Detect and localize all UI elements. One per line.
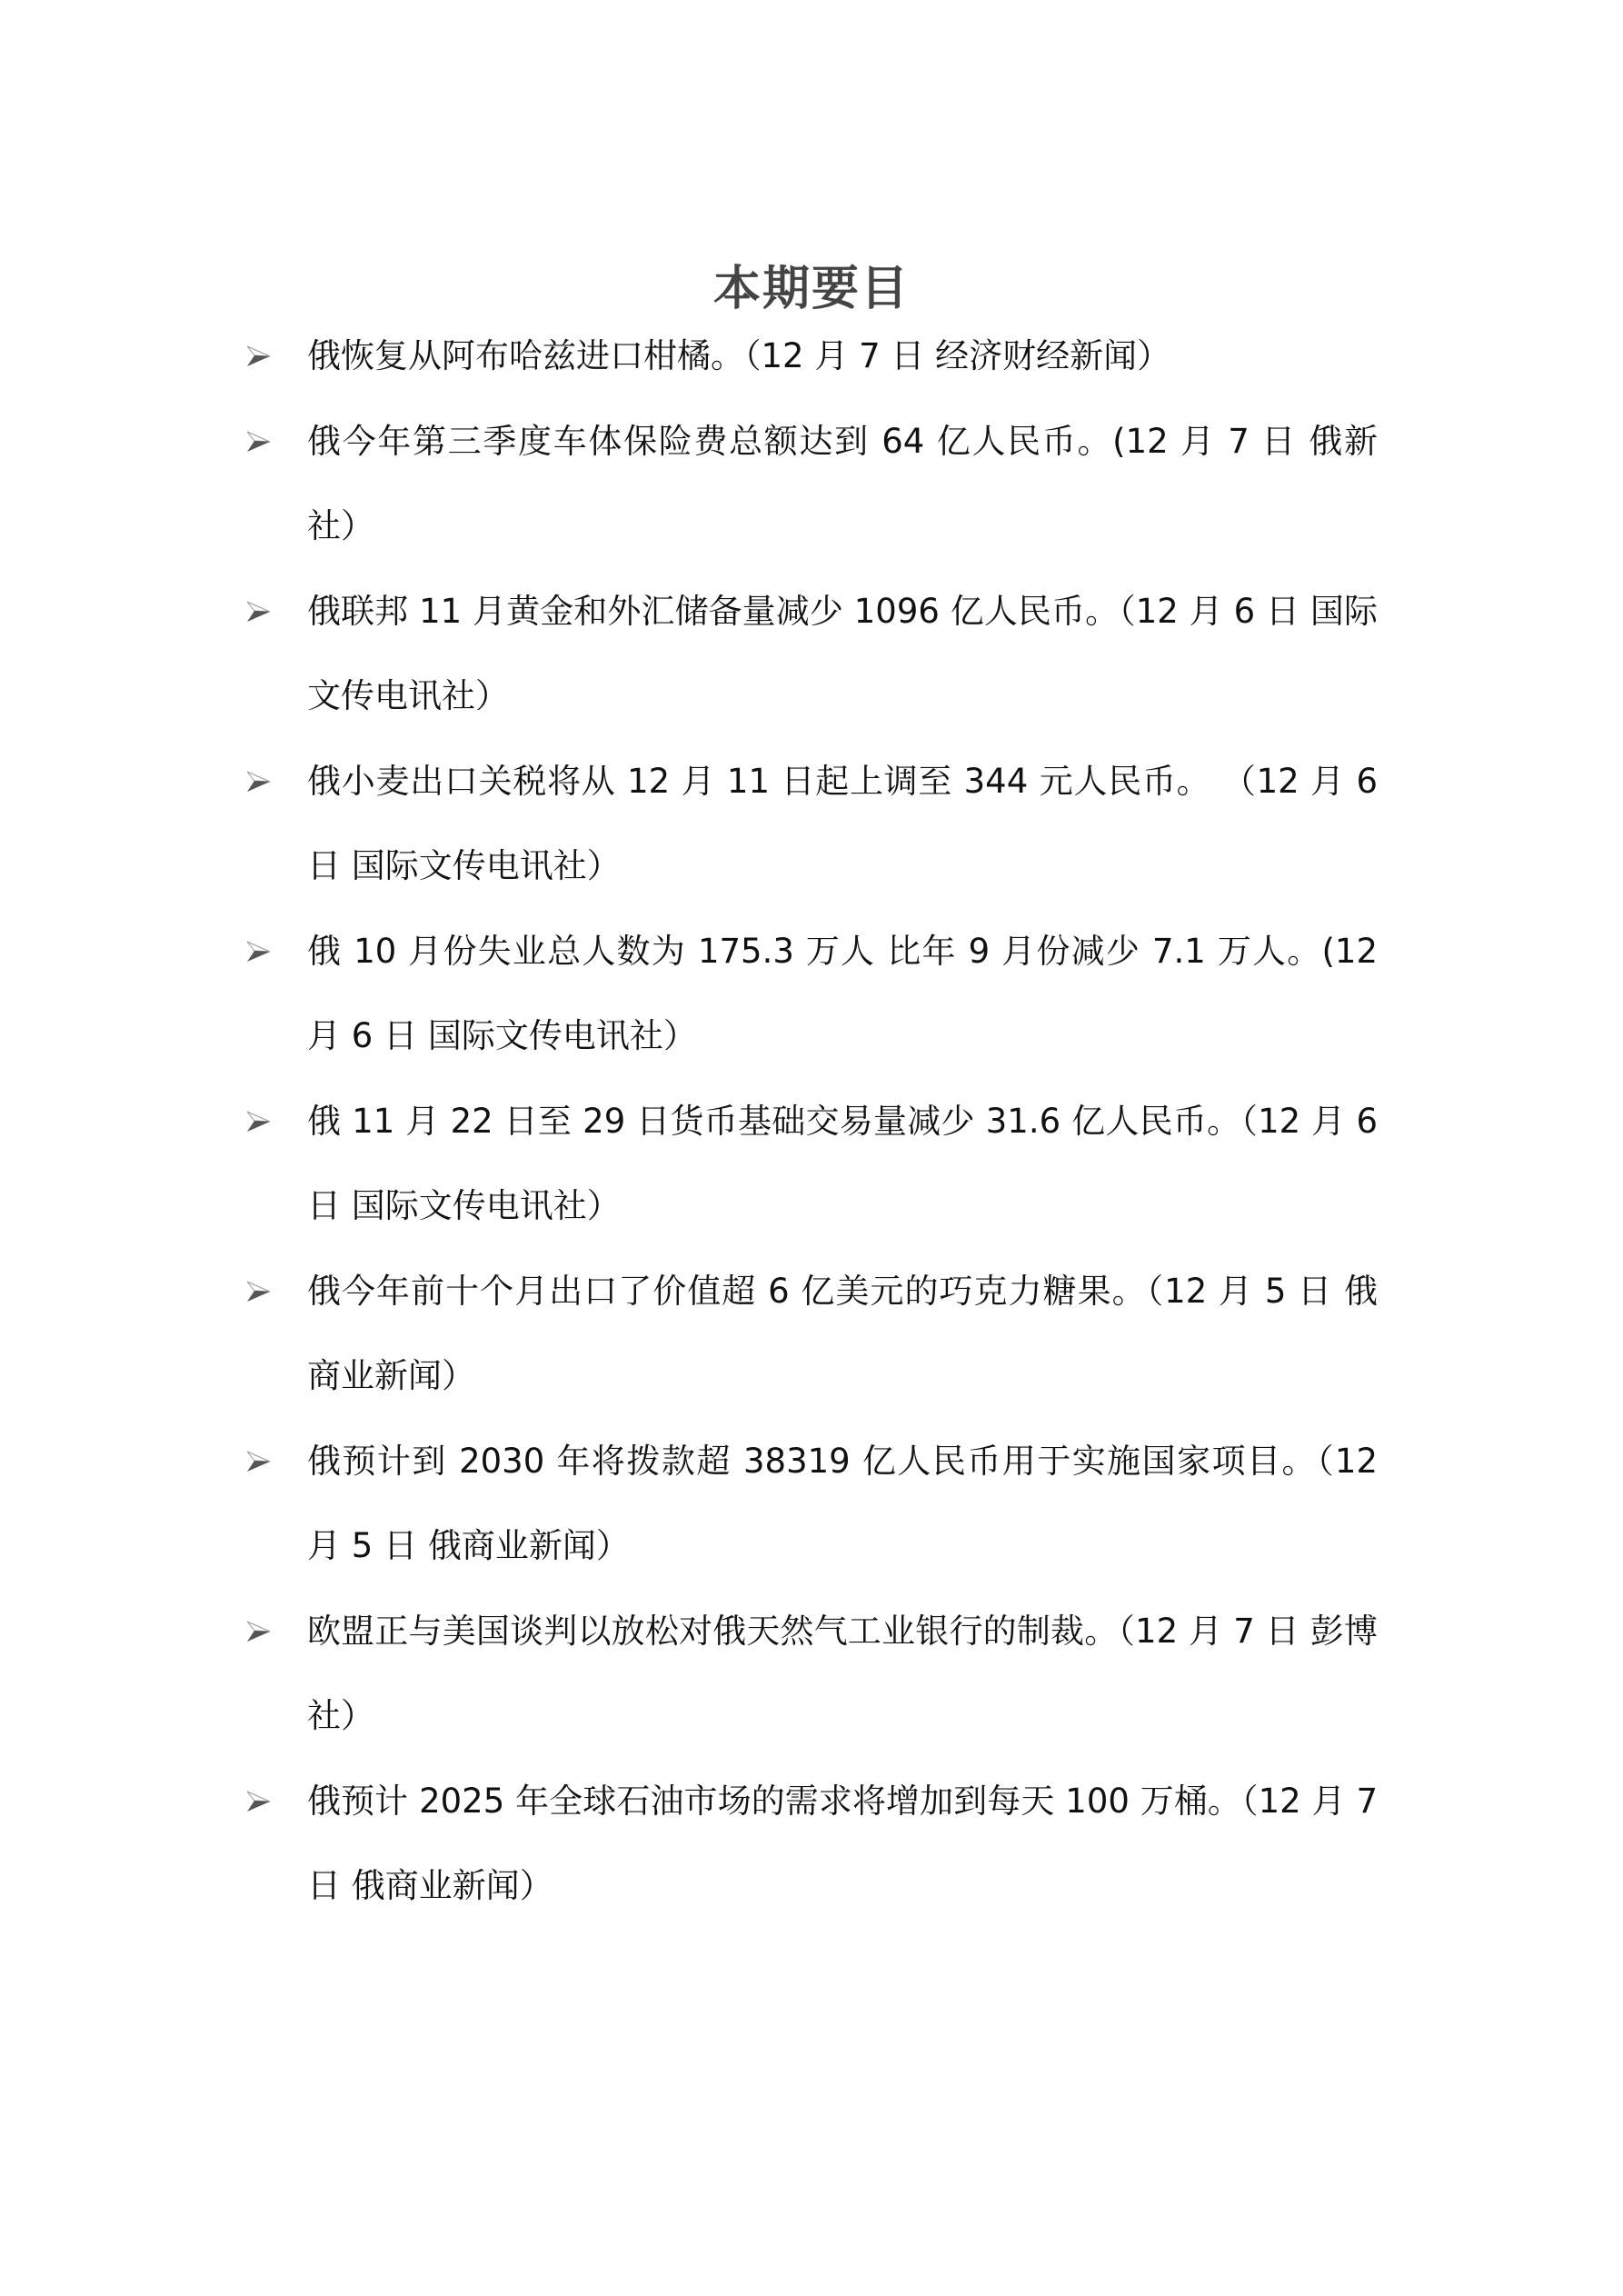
headline-text: 俄 11 月 22 日至 29 日货币基础交易量减少 31.6 亿人民币。（12… xyxy=(307,1079,1378,1249)
headline-item: 俄预计 2025 年全球石油市场的需求将增加到每天 100 万桶。（12 月 7… xyxy=(245,1759,1390,1929)
headline-item: 俄联邦 11 月黄金和外汇储备量减少 1096 亿人民币。（12 月 6 日 国… xyxy=(245,569,1390,739)
headline-text: 俄联邦 11 月黄金和外汇储备量减少 1096 亿人民币。（12 月 6 日 国… xyxy=(307,569,1378,739)
arrowhead-bullet-icon xyxy=(245,1110,271,1133)
headline-item: 俄今年前十个月出口了价值超 6 亿美元的巧克力糖果。（12 月 5 日 俄商业新… xyxy=(245,1249,1390,1419)
headline-item: 欧盟正与美国谈判以放松对俄天然气工业银行的制裁。（12 月 7 日 彭博社） xyxy=(245,1589,1390,1759)
arrowhead-bullet-icon xyxy=(245,1620,271,1643)
page-title: 本期要目 xyxy=(0,257,1623,321)
headline-text: 俄 10 月份失业总人数为 175.3 万人 比年 9 月份减少 7.1 万人。… xyxy=(307,909,1378,1079)
headline-item: 俄恢复从阿布哈兹进口柑橘。（12 月 7 日 经济财经新闻） xyxy=(245,314,1390,399)
headline-item: 俄 11 月 22 日至 29 日货币基础交易量减少 31.6 亿人民币。（12… xyxy=(245,1079,1390,1249)
arrowhead-bullet-icon xyxy=(245,940,271,963)
headline-item: 俄今年第三季度车体保险费总额达到 64 亿人民币。(12 月 7 日 俄新社） xyxy=(245,399,1390,569)
arrowhead-bullet-icon xyxy=(245,430,271,454)
headline-item: 俄 10 月份失业总人数为 175.3 万人 比年 9 月份减少 7.1 万人。… xyxy=(245,909,1390,1079)
arrowhead-bullet-icon xyxy=(245,344,271,368)
headline-text: 俄今年第三季度车体保险费总额达到 64 亿人民币。(12 月 7 日 俄新社） xyxy=(307,399,1378,569)
headline-text: 俄恢复从阿布哈兹进口柑橘。（12 月 7 日 经济财经新闻） xyxy=(307,314,1378,399)
headline-item: 俄预计到 2030 年将拨款超 38319 亿人民币用于实施国家项目。（12 月… xyxy=(245,1419,1390,1589)
arrowhead-bullet-icon xyxy=(245,1790,271,1813)
headline-text: 俄今年前十个月出口了价值超 6 亿美元的巧克力糖果。（12 月 5 日 俄商业新… xyxy=(307,1249,1378,1419)
headline-text: 俄预计到 2030 年将拨款超 38319 亿人民币用于实施国家项目。（12 月… xyxy=(307,1419,1378,1589)
headline-item: 俄小麦出口关税将从 12 月 11 日起上调至 344 元人民币。 （12 月 … xyxy=(245,739,1390,909)
arrowhead-bullet-icon xyxy=(245,770,271,794)
headline-text: 俄小麦出口关税将从 12 月 11 日起上调至 344 元人民币。 （12 月 … xyxy=(307,739,1378,909)
headline-list: 俄恢复从阿布哈兹进口柑橘。（12 月 7 日 经济财经新闻） 俄今年第三季度车体… xyxy=(245,314,1390,1929)
headline-text: 俄预计 2025 年全球石油市场的需求将增加到每天 100 万桶。（12 月 7… xyxy=(307,1759,1378,1929)
arrowhead-bullet-icon xyxy=(245,1450,271,1473)
arrowhead-bullet-icon xyxy=(245,600,271,624)
headline-text: 欧盟正与美国谈判以放松对俄天然气工业银行的制裁。（12 月 7 日 彭博社） xyxy=(307,1589,1378,1759)
arrowhead-bullet-icon xyxy=(245,1280,271,1303)
